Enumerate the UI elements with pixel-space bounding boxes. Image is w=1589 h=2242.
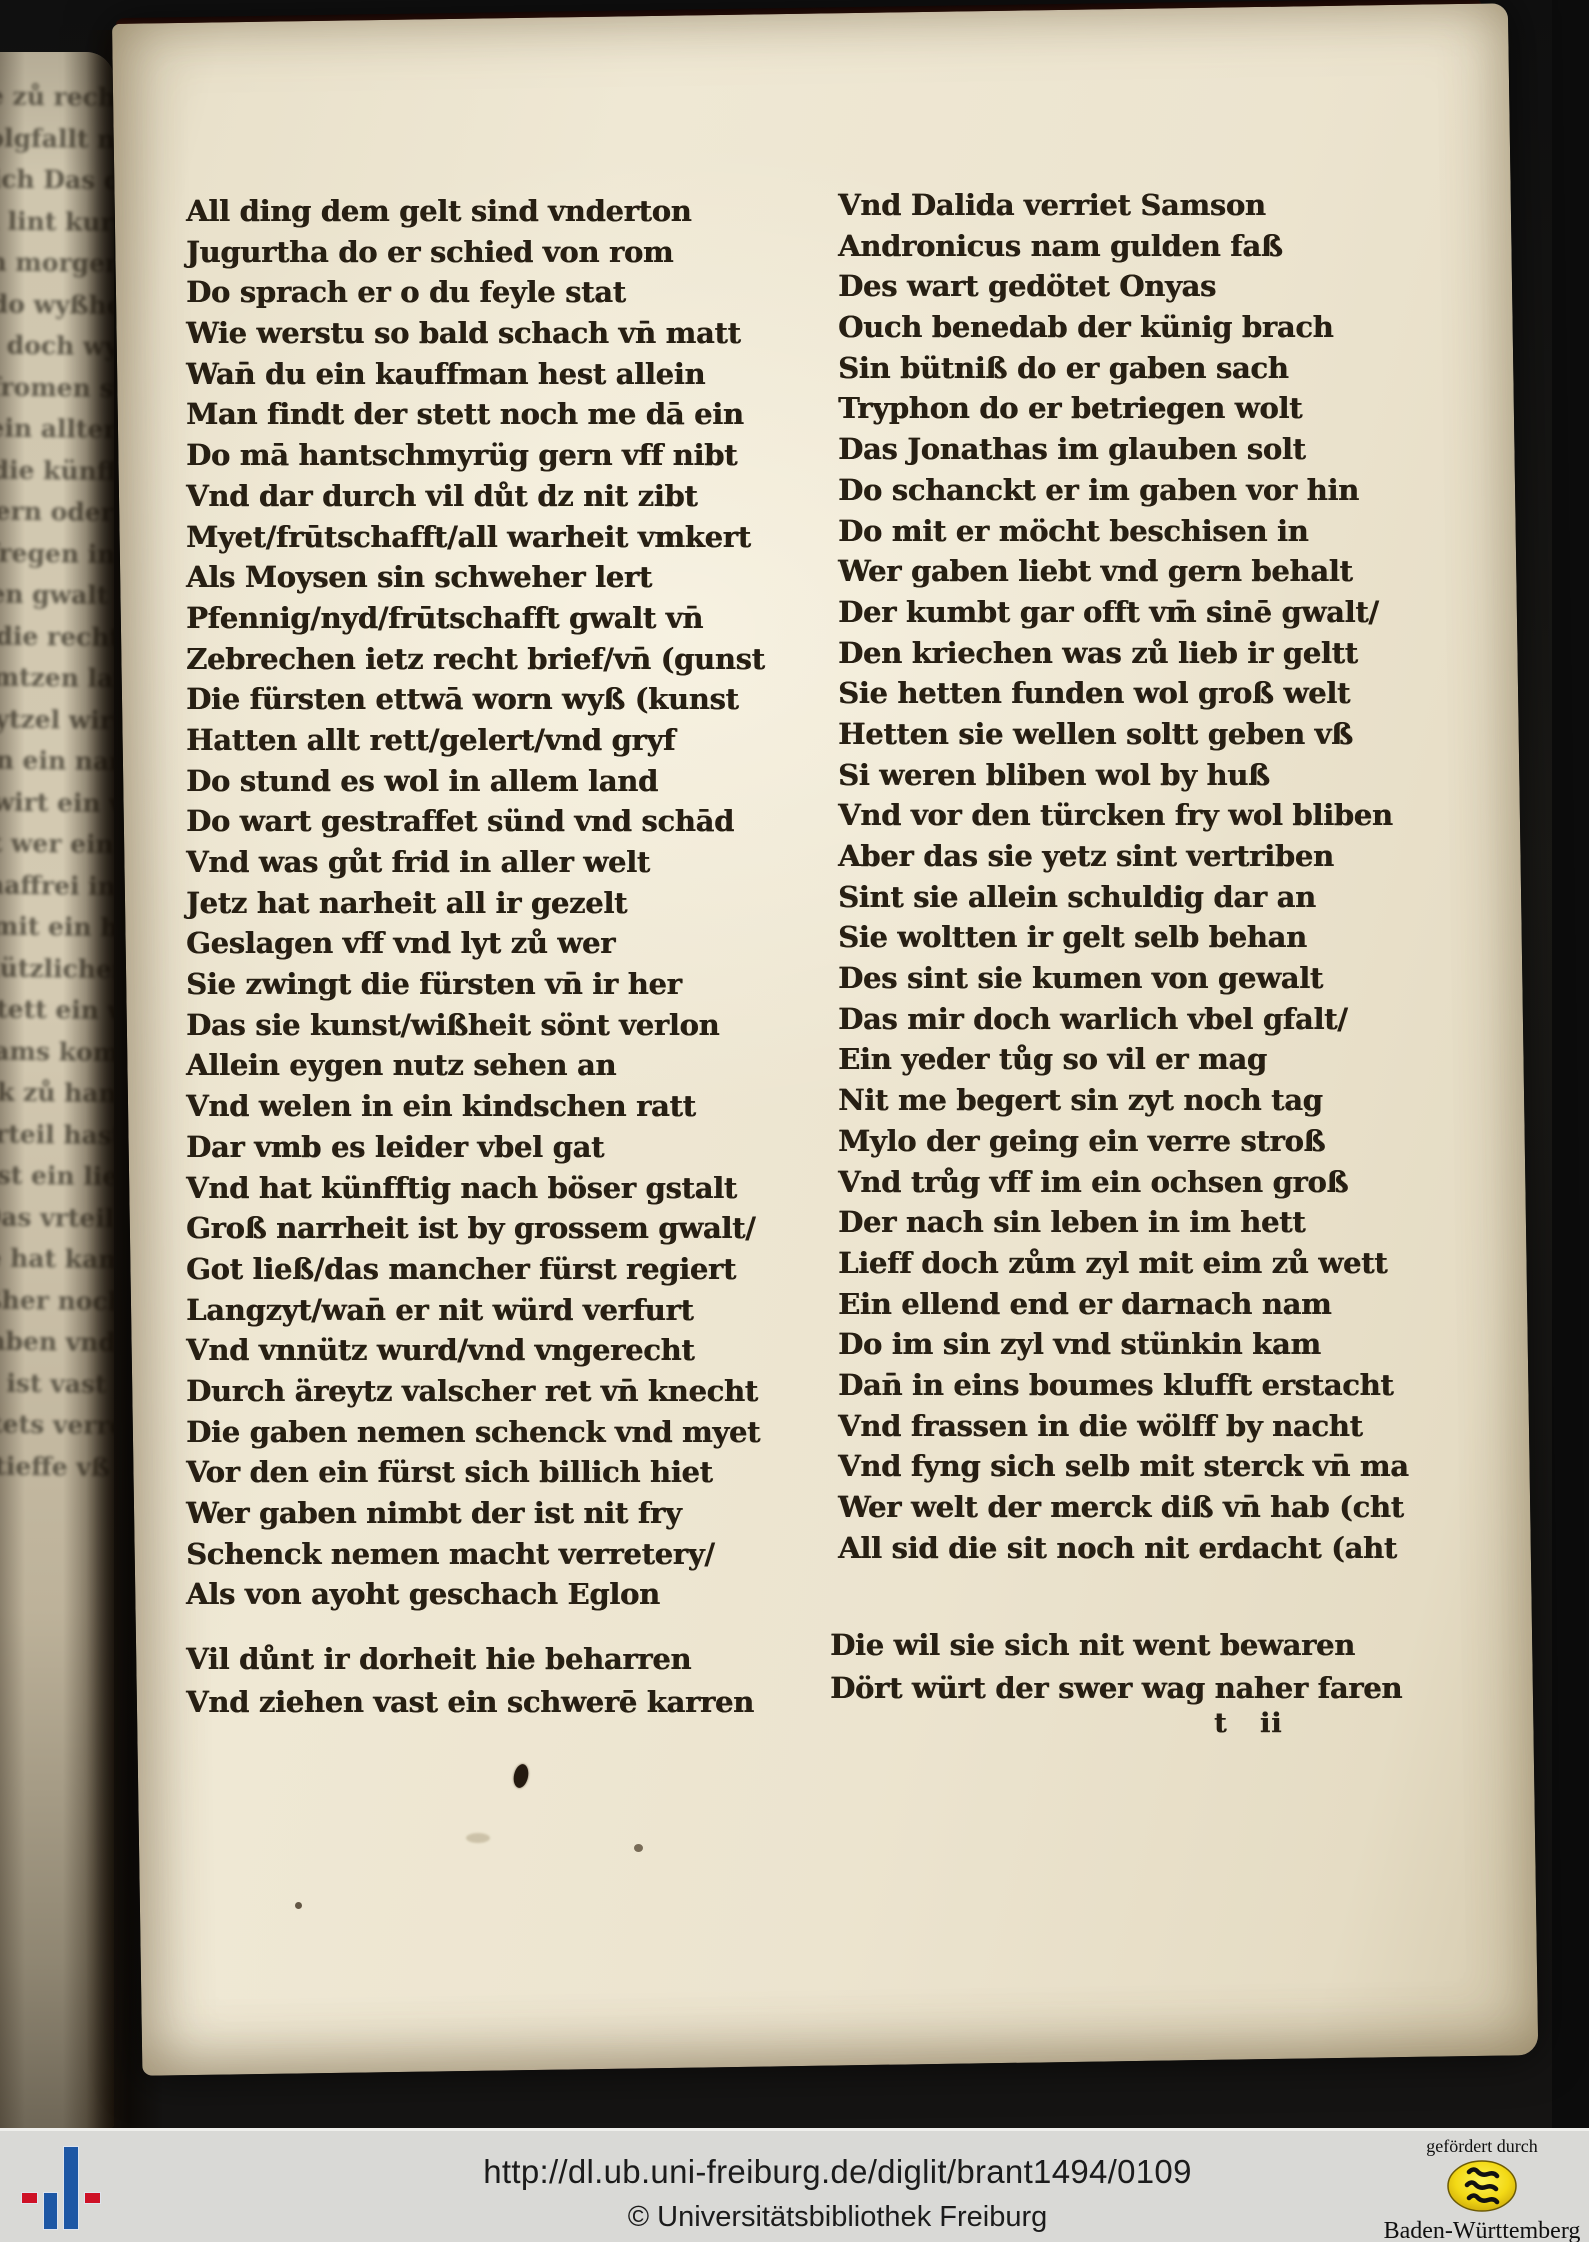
verse-line: Das sie kunst/wißheit sönt verlon — [186, 1005, 765, 1046]
verse-line: Got ließ/das mancher fürst regiert — [186, 1249, 765, 1290]
verse-line: Wer welt der merck diß vn̄ hab (cht — [838, 1487, 1409, 1528]
verse-line: Das Jonathas im glauben solt — [838, 429, 1409, 470]
logo-bar-icon — [43, 2192, 58, 2230]
baden-wuerttemberg-crest-icon — [1378, 2159, 1586, 2218]
verse-line: Do wart gestraffet sünd vnd schād — [186, 801, 765, 842]
verse-line: Ein ellend end er darnach nam — [838, 1284, 1409, 1325]
funding-region: Baden-Württemberg — [1378, 2218, 1586, 2242]
verse-line: Vnd welen in ein kindschen ratt — [186, 1086, 765, 1127]
verse-line: Das mir doch warlich vbel gfalt/ — [838, 999, 1409, 1040]
verse-line: Jetz hat narheit all ir gezelt — [186, 883, 765, 924]
verse-line: Myet/frūtschafft/all warheit vmkert — [186, 517, 765, 558]
verse-line: Aber das sie yetz sint vertriben — [838, 836, 1409, 877]
verse-line: Durch äreytz valscher ret vn̄ knecht — [186, 1371, 765, 1412]
verse-line: Zebrechen ietz recht brief/vn̄ (gunst — [186, 639, 765, 680]
verse-line: All ding dem gelt sind vnderton — [186, 191, 765, 232]
verse-line: Wie werstu so bald schach vn̄ matt — [186, 313, 765, 354]
verse-line: Dar vmb es leider vbel gat — [186, 1127, 765, 1168]
verse-line: Vnd ziehen vast ein schwerē karren — [186, 1681, 754, 1724]
verse-line: Der kumbt gar offt vm̄ sinē gwalt/ — [838, 592, 1409, 633]
verse-line: Vnd frassen in die wölff by nacht — [838, 1406, 1409, 1447]
verse-line: Allein eygen nutz sehen an — [186, 1045, 765, 1086]
verse-line: Do schanckt er im gaben vor hin — [838, 470, 1409, 511]
verse-line: Geslagen vff vnd lyt zů wer — [186, 923, 765, 964]
verse-line: Dan̄ in eins boumes klufft erstacht — [838, 1365, 1409, 1406]
verse-line: Vnd was gůt frid in aller welt — [186, 842, 765, 883]
verse-line: Do im sin zyl vnd stünkin kam — [838, 1324, 1409, 1365]
right-closing-couplet: Die wil sie sich nit went bewarenDört wü… — [830, 1624, 1402, 1710]
left-text-column: All ding dem gelt sind vndertonJugurtha … — [186, 191, 765, 1615]
logo-bar-icon — [84, 2192, 101, 2204]
verse-line: Do mit er möcht beschisen in — [838, 511, 1409, 552]
ink-spot — [295, 1902, 302, 1909]
funding-mark: gefördert durch Baden-Württemberg — [1378, 2132, 1586, 2242]
logo-bar-icon — [63, 2146, 79, 2230]
verse-line: Des sint sie kumen von gewalt — [838, 958, 1409, 999]
verse-line: Mylo der geing ein verre stroß — [838, 1121, 1409, 1162]
verse-line: Do mā hantschmyrüg gern vff nibt — [186, 435, 765, 476]
verse-line: Sie hetten funden wol groß welt — [838, 673, 1409, 714]
verse-line: Als Moysen sin schweher lert — [186, 557, 765, 598]
document-url: http://dl.ub.uni-freiburg.de/diglit/bran… — [0, 2153, 1589, 2191]
verse-line: Sin bütniß do er gaben sach — [838, 348, 1409, 389]
verse-line: Ouch benedab der künig brach — [838, 307, 1409, 348]
verse-line: Die gaben nemen schenck vnd myet — [186, 1412, 765, 1453]
funding-label: gefördert durch — [1378, 2136, 1586, 2157]
verse-line: Pfennig/nyd/frūtschafft gwalt vn̄ — [186, 598, 765, 639]
ink-spot — [634, 1844, 643, 1852]
copyright-notice: © Universitätsbibliothek Freiburg — [0, 2201, 1589, 2234]
verse-line: Die wil sie sich nit went bewaren — [830, 1624, 1402, 1667]
verse-line: Vnd Dalida verriet Samson — [838, 185, 1409, 226]
verse-line: Sie woltten ir gelt selb behan — [838, 917, 1409, 958]
verse-line: Schenck nemen macht verretery/ — [186, 1534, 765, 1575]
verse-line: Vnd vnnütz wurd/vnd vngerecht — [186, 1330, 765, 1371]
verse-line: Sie zwingt die fürsten vn̄ ir her — [186, 964, 765, 1005]
verse-line: Hatten allt rett/gelert/vnd gryf — [186, 720, 765, 761]
verse-line: Wer gaben liebt vnd gern behalt — [838, 551, 1409, 592]
verse-line: Ein yeder tůg so vil er mag — [838, 1039, 1409, 1080]
ub-freiburg-logo — [0, 2128, 120, 2242]
book-cover-edge — [1552, 0, 1589, 2128]
verse-line: Lieff doch zům zyl mit eim zů wett — [838, 1243, 1409, 1284]
verse-line: Den kriechen was zů lieb ir geltt — [838, 633, 1409, 674]
text-fragment: im tieffe vß der f — [0, 1445, 100, 1488]
verse-line: Jugurtha do er schied von rom — [186, 232, 765, 273]
stain — [466, 1833, 490, 1843]
verse-line: Vnd dar durch vil důt dz nit zibt — [186, 476, 765, 517]
verse-line: Nit me begert sin zyt noch tag — [838, 1080, 1409, 1121]
verse-line: Als von ayoht geschach Eglon — [186, 1574, 765, 1615]
verse-line: Groß narrheit ist by grossem gwalt/ — [186, 1208, 765, 1249]
verse-line: Vor den ein fürst sich billich hiet — [186, 1452, 765, 1493]
verse-line: Hetten sie wellen soltt geben vß — [838, 714, 1409, 755]
quire-signature: t ii — [1214, 1708, 1282, 1739]
verse-line: Dört würt der swer wag naher faren — [830, 1667, 1402, 1710]
verse-line: Do sprach er o du feyle stat — [186, 272, 765, 313]
verse-line: Wan̄ du ein kauffman hest allein — [186, 354, 765, 395]
verse-line: Der nach sin leben in im hett — [838, 1202, 1409, 1243]
verse-line: Si weren bliben wol by huß — [838, 755, 1409, 796]
verse-line: Sint sie allein schuldig dar an — [838, 877, 1409, 918]
verse-line: Die fürsten ettwā worn wyß (kunst — [186, 679, 765, 720]
verse-line: Des wart gedötet Onyas — [838, 266, 1409, 307]
verse-line: Langzyt/wan̄ er nit würd verfurt — [186, 1290, 765, 1331]
verse-line: Tryphon do er betriegen wolt — [838, 388, 1409, 429]
left-closing-couplet: Vil důnt ir dorheit hie beharrenVnd zieh… — [186, 1638, 754, 1724]
right-text-column: Vnd Dalida verriet SamsonAndronicus nam … — [838, 185, 1409, 1568]
verse-line: Wer gaben nimbt der ist nit fry — [186, 1493, 765, 1534]
screenshot-root: { "book_page": { "left_column": { "lines… — [0, 0, 1589, 2242]
verse-line: Do stund es wol in allem land — [186, 761, 765, 802]
verse-line: All sid die sit noch nit erdacht (aht — [838, 1528, 1409, 1569]
verse-line: Vnd trůg vff im ein ochsen groß — [838, 1162, 1409, 1203]
verse-line: Vnd fyng sich selb mit sterck vn̄ ma — [838, 1446, 1409, 1487]
verse-line: Vil důnt ir dorheit hie beharren — [186, 1638, 754, 1681]
verse-line: Vnd vor den türcken fry wol bliben — [838, 795, 1409, 836]
verse-line: Vnd hat künfftig nach böser gstalt — [186, 1168, 765, 1209]
viewer-footer: http://dl.ub.uni-freiburg.de/diglit/bran… — [0, 2128, 1589, 2242]
logo-bar-icon — [21, 2192, 38, 2204]
verse-line: Andronicus nam gulden faß — [838, 226, 1409, 267]
verse-line: Man findt der stett noch me dā ein — [186, 394, 765, 435]
